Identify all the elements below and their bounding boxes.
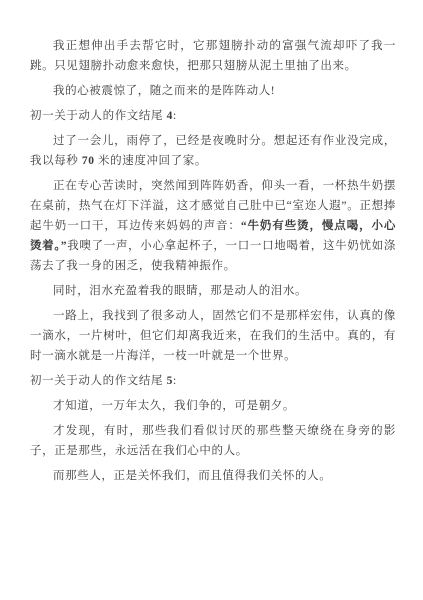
- text-segment: 一路上，我找到了很多动人，固然它们不是那样宏伟，认真的像一滴水，一片树叶，但它们…: [30, 310, 396, 362]
- paragraph: 而那些人，正是关怀我们，而且值得我们关怀的人。: [30, 466, 396, 486]
- paragraph: 才发现，有时，那些我们看似讨厌的那些整天缭绕在身旁的影子，正是那些，永远活在我们…: [30, 421, 396, 461]
- text-segment: 才知道，一万年太久，我们争的，可是朝夕。: [53, 400, 295, 412]
- text-segment: 而那些人，正是关怀我们，而且值得我们关怀的人。: [53, 470, 331, 482]
- paragraph: 同时，泪水充盈着我的眼睛，那是动人的泪水。: [30, 281, 396, 301]
- document-page: 我正想伸出手去帮它时，它那翅膀扑动的富强气流却吓了我一跳。只见翅膀扑动愈来愈快，…: [0, 0, 423, 600]
- heading-text: 初一关于动人的作文结尾: [30, 375, 167, 387]
- paragraph: 我正想伸出手去帮它时，它那翅膀扑动的富强气流却吓了我一跳。只见翅膀扑动愈来愈快，…: [30, 36, 396, 76]
- text-segment: 才发现，有时，那些我们看似讨厌的那些整天缭绕在身旁的影子，正是那些，永远活在我们…: [30, 425, 396, 457]
- heading-text: 初一关于动人的作文结尾: [30, 110, 167, 122]
- paragraph: 正在专心苦读时，突然闻到阵阵奶香，仰头一看，一杯热牛奶摆在桌前，热气在灯下洋溢，…: [30, 176, 396, 276]
- section-heading: 初一关于动人的作文结尾 5:: [30, 371, 396, 391]
- heading-colon: :: [173, 110, 177, 122]
- paragraph: 我的心被震惊了，随之而来的是阵阵动人!: [30, 81, 396, 101]
- paragraph: 一路上，我找到了很多动人，固然它们不是那样宏伟，认真的像一滴水，一片树叶，但它们…: [30, 306, 396, 366]
- section-heading: 初一关于动人的作文结尾 4:: [30, 106, 396, 126]
- text-segment: 同时，泪水充盈着我的眼睛，那是动人的泪水。: [53, 285, 307, 297]
- heading-colon: :: [173, 375, 177, 387]
- text-segment: 米的速度冲回了家。: [95, 155, 207, 167]
- paragraph: 才知道，一万年太久，我们争的，可是朝夕。: [30, 396, 396, 416]
- text-segment: 我正想伸出手去帮它时，它那翅膀扑动的富强气流却吓了我一跳。只见翅膀扑动愈来愈快，…: [30, 40, 396, 72]
- paragraph: 过了一会儿，雨停了，已经是夜晚时分。想起还有作业没完成，我以每秒 70 米的速度…: [30, 131, 396, 171]
- number-segment: 70: [82, 155, 95, 167]
- text-segment: 我噢了一声，小心拿起杯子，一口一口地喝着，这牛奶忧如涤荡去了我一身的困乏，使我精…: [30, 240, 396, 272]
- text-segment: 我的心被震惊了，随之而来的是阵阵动人!: [53, 85, 275, 97]
